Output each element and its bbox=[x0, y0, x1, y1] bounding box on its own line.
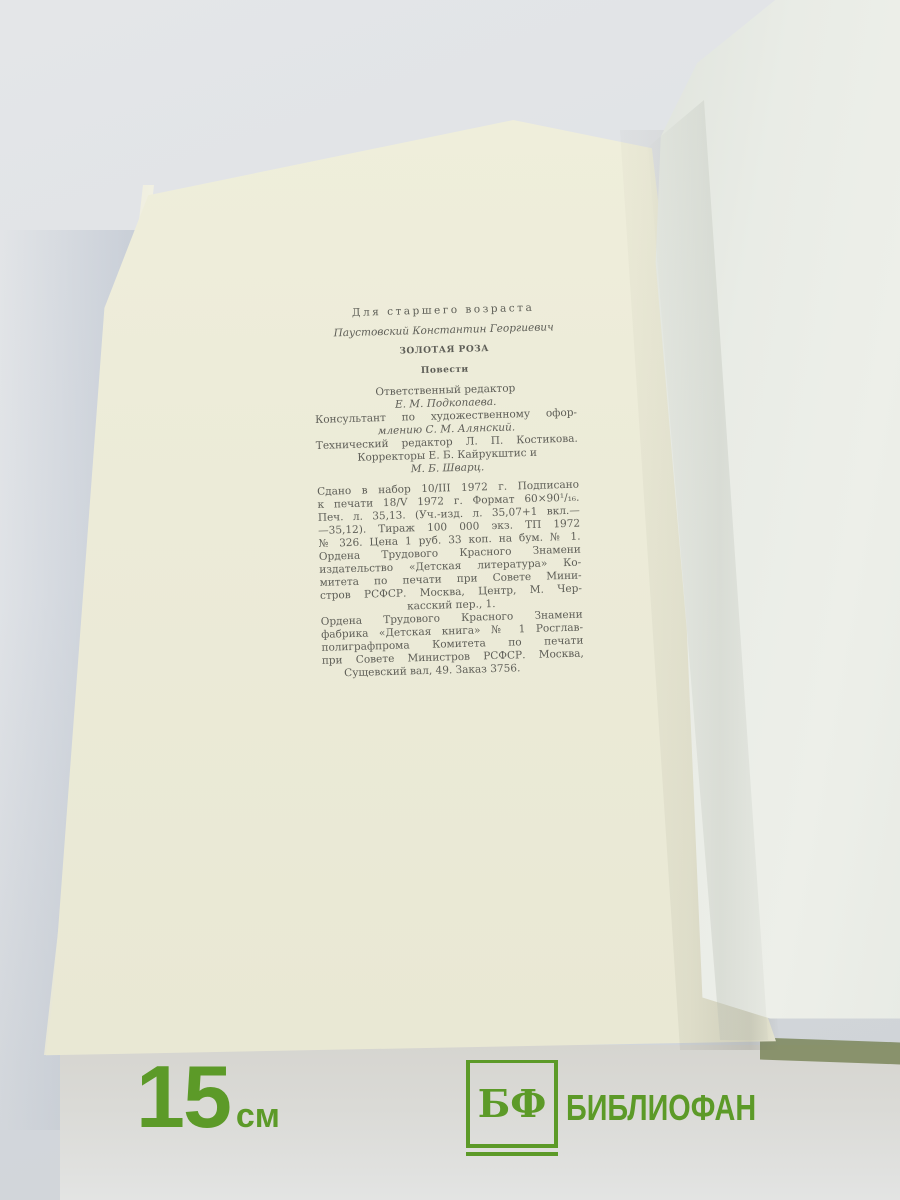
book-logo-icon: БФ bbox=[466, 1060, 558, 1148]
colophon-block: Для старшего возраста Паустовский Конста… bbox=[312, 301, 584, 681]
size-label: 15см bbox=[136, 1052, 280, 1142]
logo-letters: БФ bbox=[478, 1081, 547, 1126]
size-number: 15 bbox=[136, 1047, 230, 1146]
size-unit: см bbox=[236, 1097, 280, 1135]
open-book-icon bbox=[466, 1142, 558, 1156]
brand-name: БИБЛИОФАН bbox=[566, 1087, 756, 1129]
